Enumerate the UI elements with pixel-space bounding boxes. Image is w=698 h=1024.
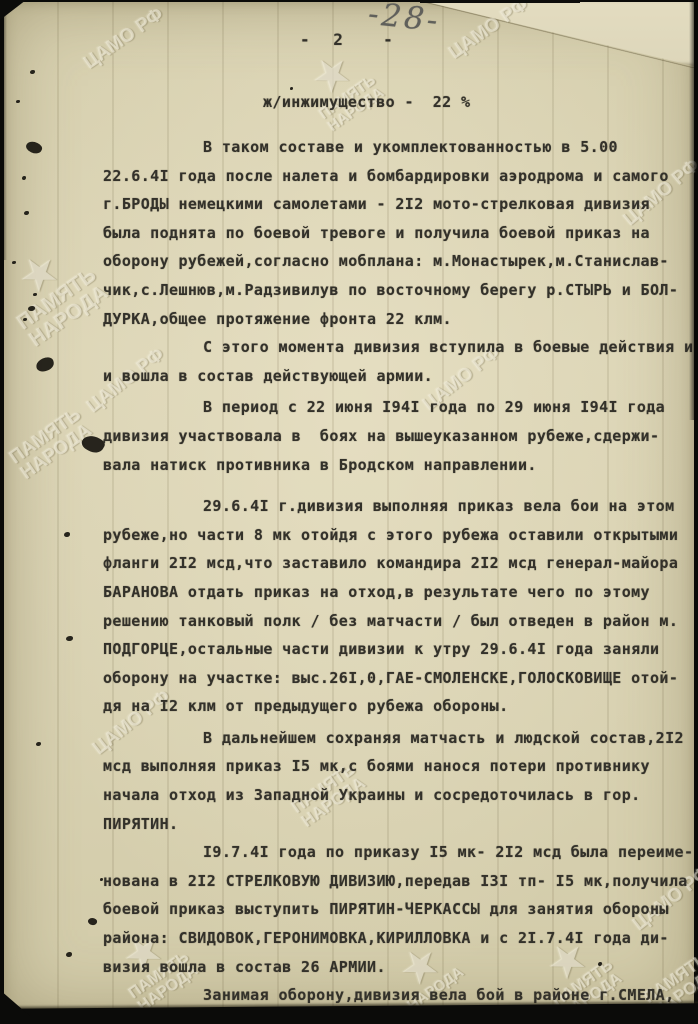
typed-line: I9.7.4I года по приказу I5 мк- 2I2 мсд б… (103, 838, 678, 867)
typed-line: ПОДГОРЦЕ,остальные части дивизии к утру … (103, 635, 678, 664)
document-body: В таком составе и укомплектованностью в … (103, 133, 678, 1010)
typed-line: вала натиск противника в Бродском направ… (103, 451, 678, 480)
typed-line: ДУРКА,общее протяжение фронта 22 клм. (103, 305, 678, 334)
typed-line: В таком составе и укомплектованностью в … (103, 133, 678, 162)
typed-line: боевой приказ выступить ПИРЯТИН-ЧЕРКАССЫ… (103, 895, 678, 924)
typed-line: мсд выполняя приказ I5 мк,с боями нанося… (103, 752, 678, 781)
paragraph: В период с 22 июня I94I года по 29 июня … (103, 393, 678, 479)
paragraph: В дальнейшем сохраняя матчасть и людской… (103, 724, 678, 838)
typed-line: оборону рубежей,согласно мобплана: м.Мон… (103, 247, 678, 276)
typed-line: была поднята по боевой тревоге и получил… (103, 219, 678, 248)
typed-line: г.БРОДЫ немецкими самолетами - 2I2 мото-… (103, 190, 678, 219)
paragraph: 29.6.4I г.дивизия выполняя приказ вела б… (103, 492, 678, 721)
typed-line: визия вошла в состав 26 АРМИИ. (103, 953, 678, 982)
paragraph: С этого момента дивизия вступила в боевы… (103, 333, 678, 390)
typed-line: рубеже,но части 8 мк отойдя с этого рубе… (103, 521, 678, 550)
typed-line: В период с 22 июня I94I года по 29 июня … (103, 393, 678, 422)
typed-line: и вошла в состав действующей армии. (103, 362, 678, 391)
typed-line: дивизия участвовала в боях на вышеуказан… (103, 422, 678, 451)
typed-line: оборону на участке: выс.26I,0,ГАЕ-СМОЛЕН… (103, 664, 678, 693)
typed-line: С этого момента дивизия вступила в боевы… (103, 333, 678, 362)
typed-line: фланги 2I2 мсд,что заставило командира 2… (103, 549, 678, 578)
typed-page-number: - 2 - (300, 30, 400, 49)
scan-edge-left (0, 0, 7, 260)
typed-line: решению танковый полк / без матчасти / б… (103, 607, 678, 636)
typed-line: нована в 2I2 СТРЕЛКОВУЮ ДИВИЗИЮ,передав … (103, 867, 678, 896)
typed-line: дя на I2 клм от предыдущего рубежа оборо… (103, 692, 678, 721)
typed-line: чик,с.Лешнюв,м.Радзивилув по восточному … (103, 276, 678, 305)
typed-line: В дальнейшем сохраняя матчасть и людской… (103, 724, 678, 753)
typed-line: района: СВИДОВОК,ГЕРОНИМОВКА,КИРИЛЛОВКА … (103, 924, 678, 953)
typed-line: 29.6.4I г.дивизия выполняя приказ вела б… (103, 492, 678, 521)
scan-edge-right (689, 0, 698, 420)
paragraph: В таком составе и укомплектованностью в … (103, 133, 678, 333)
typed-line: ПИРЯТИН. (103, 810, 678, 839)
typed-line: 22.6.4I года после налета и бомбардировк… (103, 162, 678, 191)
subject-line: ж/инжимущество - 22 % (263, 93, 470, 111)
scanned-document-page: ЦАМО РФ ЦАМО РФ ★ ПАМЯТЬ НАРОДА ЦАМО РФ … (0, 0, 698, 1024)
typed-line: БАРАНОВА отдать приказ на отход,в резуль… (103, 578, 678, 607)
paragraph: I9.7.4I года по приказу I5 мк- 2I2 мсд б… (103, 838, 678, 981)
typed-line: начала отход из Западной Украины и сосре… (103, 781, 678, 810)
scan-edge-top (420, 0, 580, 3)
